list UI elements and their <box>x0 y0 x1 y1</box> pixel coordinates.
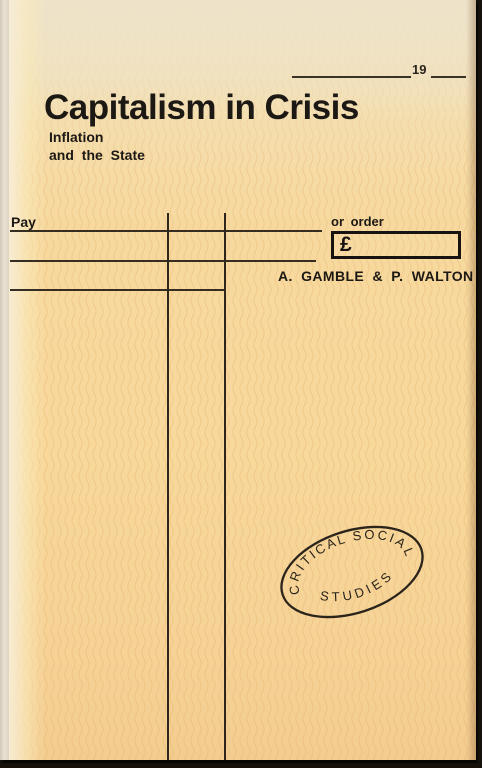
cheque-date-line: 19 <box>292 62 468 78</box>
amount-box: £ <box>331 231 461 259</box>
subtitle-line-2: and the State <box>49 146 145 164</box>
cheque-rule-1 <box>10 230 322 232</box>
stamp-text-top: CRITICAL SOCIAL <box>274 511 419 598</box>
cheque-vertical-rule-1 <box>167 213 169 760</box>
book-spine-edge <box>0 0 9 760</box>
date-rule-long <box>292 76 411 78</box>
stamp-text-bottom: STUDIES <box>315 565 400 613</box>
cheque-vertical-rule-2 <box>224 213 226 760</box>
book-title: Capitalism in Crisis <box>44 88 359 128</box>
book-subtitle: Inflation and the State <box>49 128 145 164</box>
pay-label: Pay <box>11 214 36 230</box>
author-names: A. GAMBLE & P. WALTON <box>278 268 474 284</box>
svg-text:STUDIES: STUDIES <box>315 565 400 613</box>
cover-right-edge-shade <box>466 0 476 760</box>
date-rule-short <box>431 76 466 78</box>
book-cover: 19 Capitalism in Crisis Inflation and th… <box>0 0 476 760</box>
cheque-rule-3 <box>10 289 224 291</box>
lighting-overlay-left <box>9 0 45 760</box>
cheque-rule-2 <box>10 260 316 262</box>
svg-text:CRITICAL SOCIAL: CRITICAL SOCIAL <box>274 511 419 598</box>
or-order-label: or order <box>331 214 384 229</box>
pound-sign: £ <box>340 234 352 256</box>
book-cover-photo: 19 Capitalism in Crisis Inflation and th… <box>0 0 482 768</box>
subtitle-line-1: Inflation <box>49 128 145 146</box>
date-year-prefix: 19 <box>412 62 426 77</box>
critical-social-studies-stamp: CRITICAL SOCIAL STUDIES <box>264 510 440 634</box>
